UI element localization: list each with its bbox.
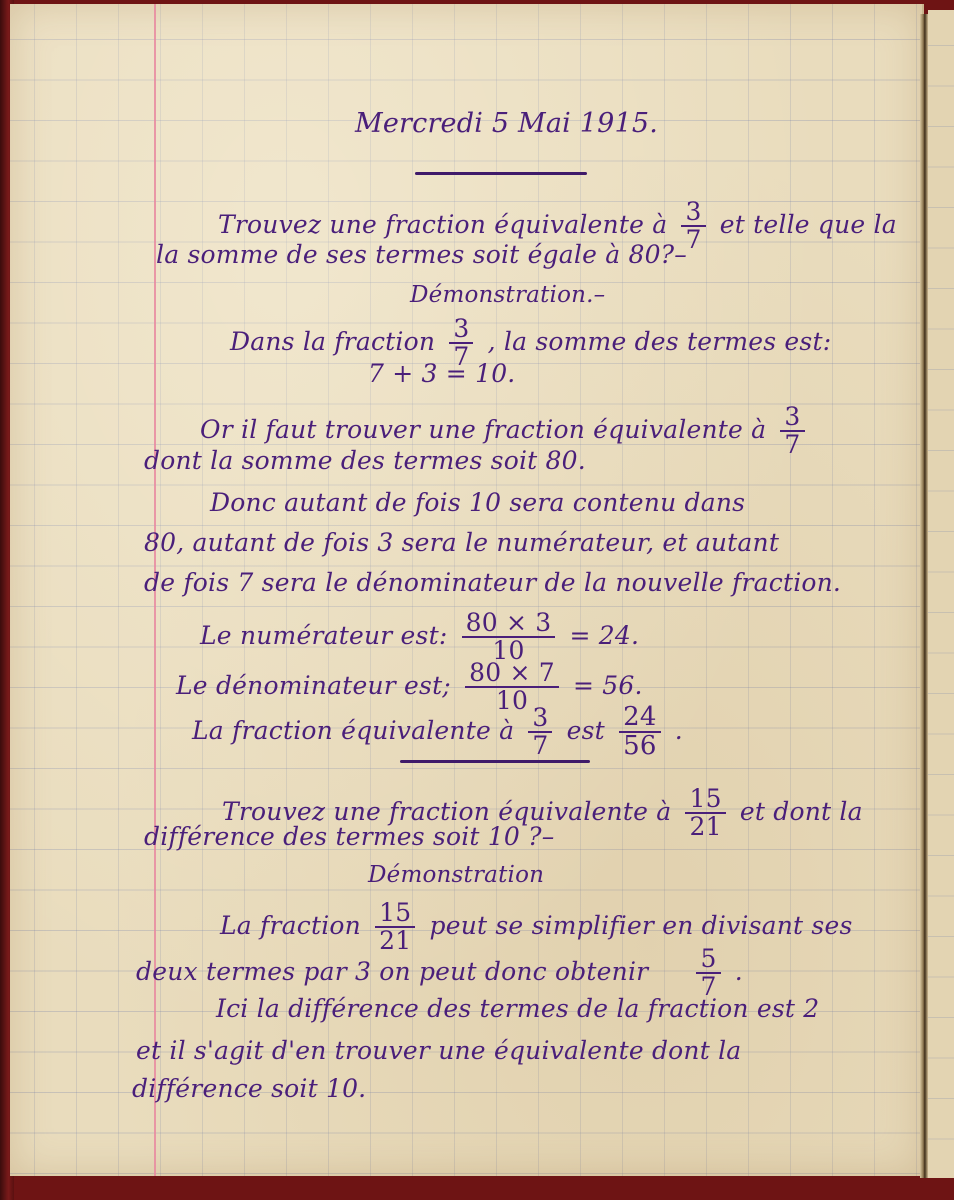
fraction-5-7: 5 7	[696, 946, 720, 1001]
demo1-line6: 80, autant de fois 3 sera le numérateur,…	[144, 528, 779, 557]
problem1-statement-text-b: et telle que la	[720, 210, 897, 239]
problem1-statement-line2: la somme de ses termes soit égale à 80?–	[156, 240, 687, 269]
problem2-statement-line2: différence des termes soit 10 ?–	[144, 822, 554, 851]
next-page-edge	[928, 10, 954, 1178]
notebook-page: Mercredi 5 Mai 1915. Trouvez une fractio…	[10, 4, 924, 1176]
demo2-line5: différence soit 10.	[132, 1074, 366, 1103]
demo1-line5: Donc autant de fois 10 sera contenu dans	[210, 488, 745, 517]
page-torn-edge	[920, 14, 928, 1178]
demo1-line7: de fois 7 sera le dénominateur de la nou…	[144, 568, 841, 597]
demo1-line1: Dans la fraction 3 7 , la somme des term…	[230, 316, 831, 371]
demonstration-heading-1: Démonstration.–	[410, 282, 605, 308]
fraction-3-7: 3 7	[528, 705, 552, 760]
demo1-line2: 7 + 3 = 10.	[368, 359, 515, 388]
conclusion-line: La fraction équivalente à 3 7 est 24 56 …	[192, 704, 683, 761]
demo2-line4: et il s'agit d'en trouver une équivalent…	[136, 1036, 741, 1065]
demonstration-heading-2: Démonstration	[368, 862, 544, 888]
demo1-line4: dont la somme des termes soit 80.	[144, 446, 586, 475]
demo2-line2: deux termes par 3 on peut donc obtenir 5…	[136, 946, 743, 1001]
fraction-80x3-over-10: 80 × 3 10	[462, 610, 556, 665]
problem1-statement-text-a: Trouvez une fraction équivalente à	[218, 210, 667, 239]
separator-rule	[415, 172, 587, 175]
separator-rule	[400, 760, 590, 763]
fraction-3-7: 3 7	[780, 404, 804, 459]
fraction-24-56: 24 56	[619, 704, 660, 761]
demo2-line3: Ici la différence des termes de la fract…	[216, 994, 819, 1023]
numerator-calculation: Le numérateur est: 80 × 3 10 = 24.	[200, 610, 639, 665]
date-heading: Mercredi 5 Mai 1915.	[355, 108, 658, 139]
fraction-15-21: 15 21	[685, 786, 725, 841]
